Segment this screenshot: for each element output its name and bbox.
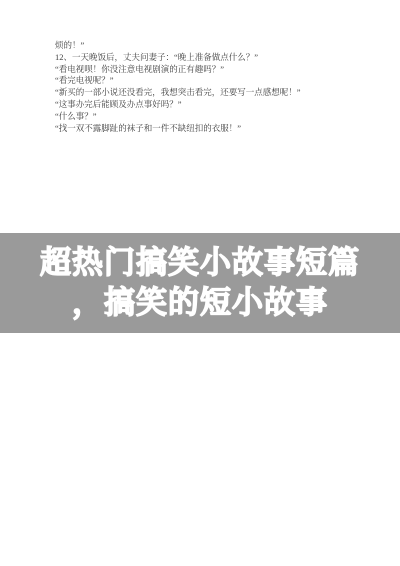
story-line: “什么事？” bbox=[55, 111, 355, 123]
story-line: 12、一天晚饭后，丈夫问妻子：“晚上准备做点什么？” bbox=[55, 52, 355, 64]
story-line: “看完电视呢？” bbox=[55, 75, 355, 87]
page-title-line-2: ，搞笑的短小故事 bbox=[72, 283, 328, 323]
story-text-block: 烦的！” 12、一天晚饭后，丈夫问妻子：“晚上准备做点什么？” “看电视呗！你没… bbox=[55, 40, 355, 134]
story-line: “这事办完后能顾及办点事好吗？” bbox=[55, 99, 355, 111]
story-line: 烦的！” bbox=[55, 40, 355, 52]
title-banner: 超热门搞笑小故事短篇 ，搞笑的短小故事 bbox=[0, 233, 400, 333]
page-title-line-1: 超热门搞笑小故事短篇 bbox=[40, 243, 360, 283]
story-line: “看电视呗！你没注意电视剧演的正有趣吗？” bbox=[55, 64, 355, 76]
story-line: “新买的一部小说还没看完，我想突击看完，还要写一点感想呢！” bbox=[55, 87, 355, 99]
article-page: 烦的！” 12、一天晚饭后，丈夫问妻子：“晚上准备做点什么？” “看电视呗！你没… bbox=[0, 0, 400, 566]
story-line: “找一双不露脚趾的袜子和一件不缺纽扣的衣服！” bbox=[55, 123, 355, 135]
